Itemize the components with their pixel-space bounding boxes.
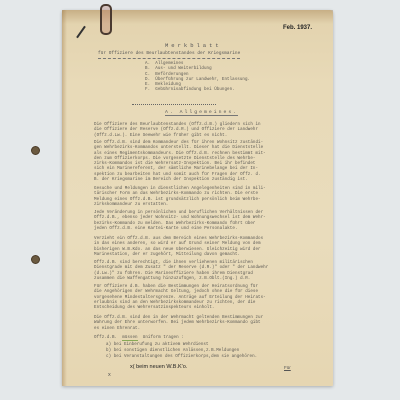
paragraph: Die Offz.d.B. sind den in der Wehrmacht …: [94, 316, 263, 332]
toc-item: F. Gebührnisabfindung bei Übungen.: [145, 88, 250, 93]
uniform-item: b) bei sonstigen dienstlichen Anlässen,z…: [106, 349, 239, 354]
document-title: Merkblatt: [165, 42, 222, 49]
punch-hole: [31, 255, 40, 264]
paragraph: Offz.d.B. sind berechtigt, die ihnen ver…: [94, 261, 268, 282]
paragraph: Die Offiziere des Beurlaubtenstandes (Of…: [94, 123, 261, 139]
paragraph: Die Offz.d.B. sind dem Kommandeur des fü…: [94, 141, 266, 183]
paragraph: Jede Veränderung in persönlichen und ber…: [94, 211, 266, 232]
paragraph: Gesuche und Meldungen in dienstlichen An…: [94, 187, 266, 208]
date-stamp: Feb. 1937.: [283, 25, 312, 31]
uniform-item: c) bei Veranstaltungen des Offizierkorps…: [106, 355, 257, 360]
section-heading: A. Allgemeines.: [165, 110, 238, 116]
document-subtitle: für Offiziere des Beurlaubtenstandes der…: [98, 51, 240, 59]
paragraph: Verzieht ein Offz.d.B. aus dem Bereich e…: [94, 237, 263, 258]
uniform-intro-suffix: Uniform tragen :: [143, 336, 184, 340]
uniform-item: a) bei Einberufung zu aktivem Wehrdienst: [106, 343, 209, 348]
paragraph: Für Offiziere d.B. haben die Bestimmunge…: [94, 285, 266, 311]
uniform-intro-emph: müssen: [122, 336, 137, 341]
handwritten-x: x: [108, 372, 111, 378]
paperclip: [100, 4, 112, 35]
table-of-contents: A. Allgemeines B. Aus- und Weiterbildung…: [145, 62, 250, 94]
uniform-intro: Offz.d.B. müssen Uniform tragen :: [94, 336, 184, 341]
punch-hole: [31, 146, 40, 155]
handwritten-right: Für: [284, 365, 291, 370]
handwritten-note: x( beim neuen W.B.K'o.: [130, 364, 187, 370]
dotted-separator: [132, 104, 216, 105]
uniform-intro-prefix: Offz.d.B.: [94, 336, 117, 340]
